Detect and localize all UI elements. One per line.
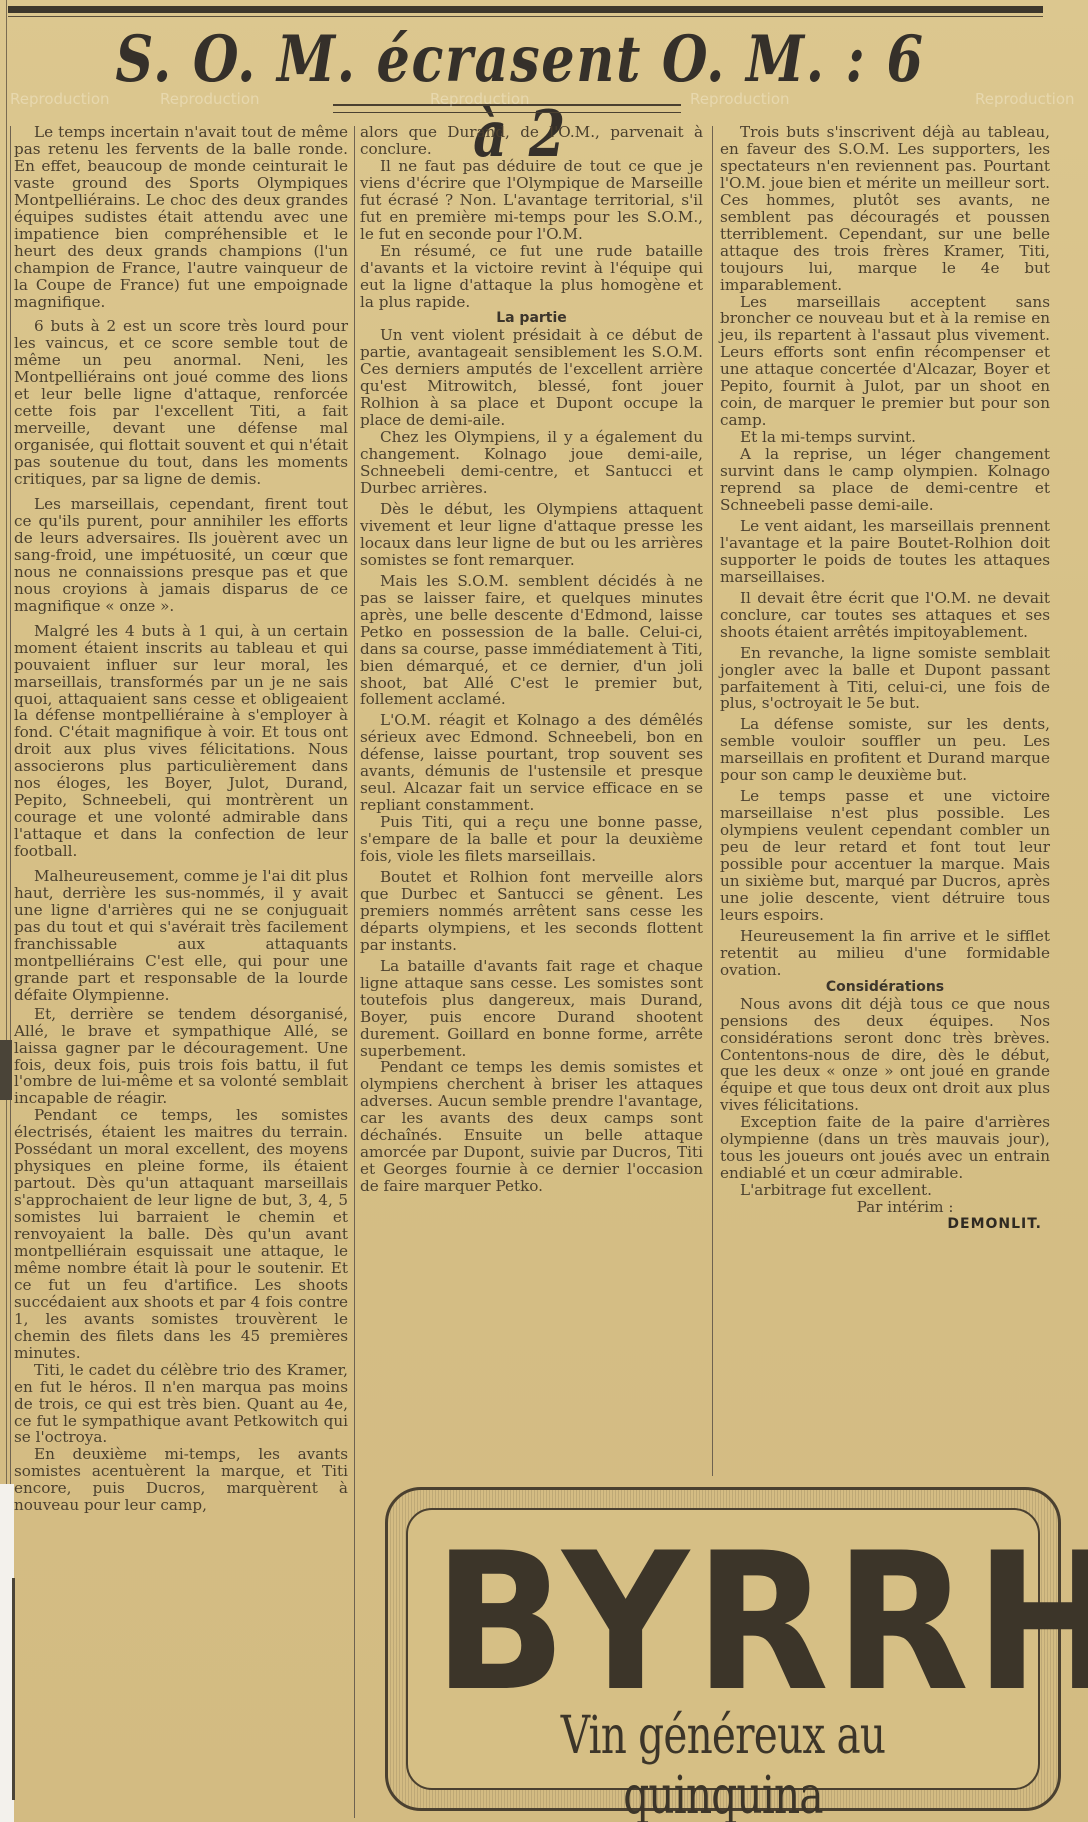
headline-underline-thin — [333, 112, 681, 113]
column-divider — [354, 126, 355, 1818]
paragraph: Les marseillais, cependant, firent tout … — [14, 496, 348, 615]
top-rule-thin — [8, 16, 1043, 17]
paragraph: L'O.M. réagit et Kolnago a des démêlés s… — [360, 712, 703, 814]
paragraph: L'arbitrage fut excellent. — [720, 1182, 1050, 1199]
watermark: Reproduction — [10, 90, 110, 108]
article-column-3: Trois buts s'inscrivent déjà au tableau,… — [720, 124, 1050, 1233]
ad-brand-name: BYRRH — [433, 1538, 1013, 1708]
section-heading: Considérations — [720, 979, 1050, 996]
column-divider — [712, 126, 713, 1476]
article-column-1: Le temps incertain n'avait tout de même … — [14, 124, 348, 1514]
paragraph: En deuxième mi-temps, les avants somiste… — [14, 1446, 348, 1514]
ad-inner-frame: BYRRH Vin généreux au quinquina — [406, 1508, 1040, 1790]
signature-lead: Par intérim : — [720, 1199, 1050, 1216]
top-rule — [8, 6, 1043, 13]
paragraph: Boutet et Rolhion font merveille alors q… — [360, 869, 703, 954]
paragraph: Titi, le cadet du célèbre trio des Krame… — [14, 1362, 348, 1447]
newspaper-page: S. O. M. écrasent O. M. : 6 à 2 Reproduc… — [0, 0, 1088, 1822]
paragraph: Et, derrière se tendem désorganisé, Allé… — [14, 1006, 348, 1108]
article-column-2: alors que Durand, de l'O.M., parvenait à… — [360, 124, 703, 1195]
paragraph: Le temps passe et une victoire marseilla… — [720, 788, 1050, 924]
paragraph: Dès le début, les Olympiens attaquent vi… — [360, 501, 703, 569]
paragraph: Le vent aidant, les marseillais prennent… — [720, 518, 1050, 586]
paragraph: Malheureusement, comme je l'ai dit plus … — [14, 868, 348, 1004]
paragraph: alors que Durand, de l'O.M., parvenait à… — [360, 124, 703, 158]
scan-edge-artifact — [12, 1578, 15, 1800]
paragraph: Le temps incertain n'avait tout de même … — [14, 124, 348, 310]
paragraph: Exception faite de la paire d'arrières o… — [720, 1114, 1050, 1182]
scan-edge-artifact — [0, 1040, 12, 1100]
paragraph: Chez les Olympiens, il y a également du … — [360, 429, 703, 497]
author-signature: DEMONLIT. — [720, 1216, 1050, 1233]
section-heading: La partie — [360, 310, 703, 327]
byrrh-advertisement: BYRRH Vin généreux au quinquina — [385, 1487, 1061, 1811]
paragraph: 6 buts à 2 est un score très lourd pour … — [14, 318, 348, 488]
paragraph: La bataille d'avants fait rage et chaque… — [360, 958, 703, 1060]
paragraph: En résumé, ce fut une rude bataille d'av… — [360, 243, 703, 311]
paragraph: Il ne faut pas déduire de tout ce que je… — [360, 158, 703, 243]
paragraph: Heureusement la fin arrive et le sifflet… — [720, 928, 1050, 979]
paragraph: Malgré les 4 buts à 1 qui, à un certain … — [14, 623, 348, 860]
paragraph: Et la mi-temps survint. — [720, 429, 1050, 446]
watermark: Reproduction — [160, 90, 260, 108]
paragraph: Puis Titi, qui a reçu une bonne passe, s… — [360, 814, 703, 865]
paragraph: Nous avons dit déjà tous ce que nous pen… — [720, 996, 1050, 1115]
watermark: Reproduction — [975, 90, 1075, 108]
paragraph: Mais les S.O.M. semblent décidés à ne pa… — [360, 573, 703, 709]
watermark: Reproduction — [690, 90, 790, 108]
paragraph: Les marseillais acceptent sans broncher … — [720, 294, 1050, 430]
paragraph: En revanche, la ligne somiste semblait j… — [720, 645, 1050, 713]
paragraph: Pendant ce temps les demis somistes et o… — [360, 1059, 703, 1195]
paragraph: La défense somiste, sur les dents, sembl… — [720, 716, 1050, 784]
paragraph: Pendant ce temps, les somistes électrisé… — [14, 1107, 348, 1361]
ad-tagline: Vin généreux au quinquina — [477, 1706, 968, 1822]
paragraph: Trois buts s'inscrivent déjà au tableau,… — [720, 124, 1050, 294]
watermark: Reproduction — [430, 90, 530, 108]
paragraph: Il devait être écrit que l'O.M. ne devai… — [720, 590, 1050, 641]
paragraph: Un vent violent présidait à ce début de … — [360, 327, 703, 429]
paragraph: A la reprise, un léger changement survin… — [720, 446, 1050, 514]
